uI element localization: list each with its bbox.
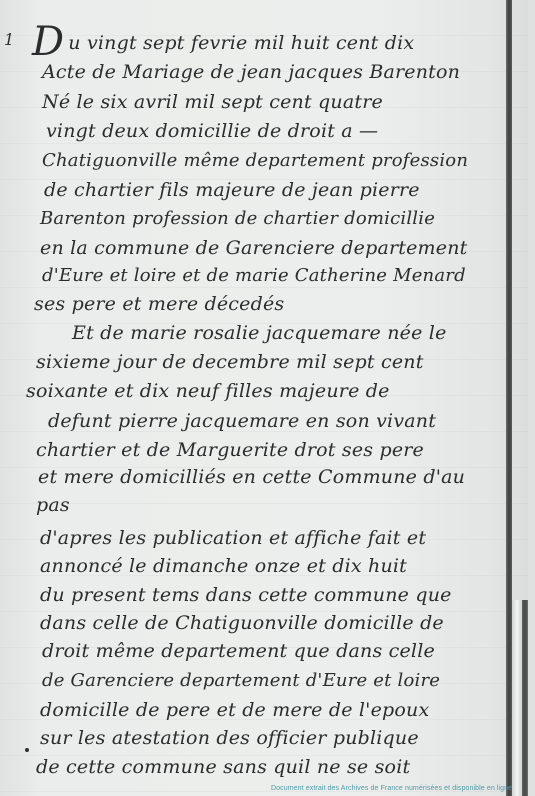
handwritten-line-1: Du vingt sept fevrie mil huit cent dix	[32, 22, 414, 62]
handwritten-line-10: ses pere et mere décedés	[34, 293, 284, 315]
margin-dot	[25, 748, 29, 752]
handwritten-line-7: Barenton profession de chartier domicill…	[40, 208, 435, 229]
handwritten-line-11: Et de marie rosalie jacquemare née le	[72, 322, 447, 344]
drop-cap: D	[32, 19, 64, 65]
handwritten-line-13: soixante et dix neuf filles majeure de	[26, 380, 390, 402]
handwritten-line-8: en la commune de Garenciere departement	[40, 237, 467, 259]
handwritten-line-26: de cette commune sans quil ne se soit	[36, 756, 410, 778]
handwritten-line-14: defunt pierre jacquemare en son vivant	[48, 410, 436, 432]
margin-entry-number: 1	[4, 30, 14, 49]
handwritten-line-18: d'apres les publication et affiche fait …	[40, 527, 426, 549]
handwritten-line-17: pas	[36, 494, 70, 516]
page-edge	[528, 0, 535, 796]
handwritten-line-24: domicille de pere et de mere de l'epoux	[40, 699, 429, 721]
handwritten-line-2: Acte de Mariage de jean jacques Barenton	[42, 61, 460, 83]
handwritten-line-3: Né le six avril mil sept cent quatre	[42, 91, 383, 113]
handwritten-line-21: dans celle de Chatiguonville domicille d…	[40, 612, 444, 634]
scanned-page: 1 Du vingt sept fevrie mil huit cent dix…	[0, 0, 535, 796]
handwritten-line-5: Chatiguonville même departement professi…	[42, 150, 468, 171]
archive-watermark-caption: Document extrait des Archives de France …	[271, 785, 512, 792]
handwritten-line-15: chartier et de Marguerite drot ses pere	[36, 439, 424, 461]
handwritten-line-9: d'Eure et loire et de marie Catherine Me…	[42, 265, 466, 286]
handwritten-line-12: sixieme jour de decembre mil sept cent	[36, 351, 424, 373]
handwritten-line-6: de chartier fils majeure de jean pierre	[44, 179, 420, 201]
handwritten-line-4: vingt deux domicillie de droit a —	[46, 120, 378, 142]
handwritten-line-16: et mere domicilliés en cette Commune d'a…	[38, 466, 465, 488]
handwritten-line-23: de Garenciere departement d'Eure et loir…	[42, 670, 440, 691]
handwritten-line-19: annoncé le dimanche onze et dix huit	[40, 555, 407, 577]
handwritten-line-22: droit même departement que dans celle	[42, 640, 435, 662]
page-binding-gap	[512, 600, 522, 796]
handwritten-line-25: sur les atestation des officier publique	[40, 727, 419, 749]
handwritten-line-20: du present tems dans cette commune que	[40, 584, 452, 606]
